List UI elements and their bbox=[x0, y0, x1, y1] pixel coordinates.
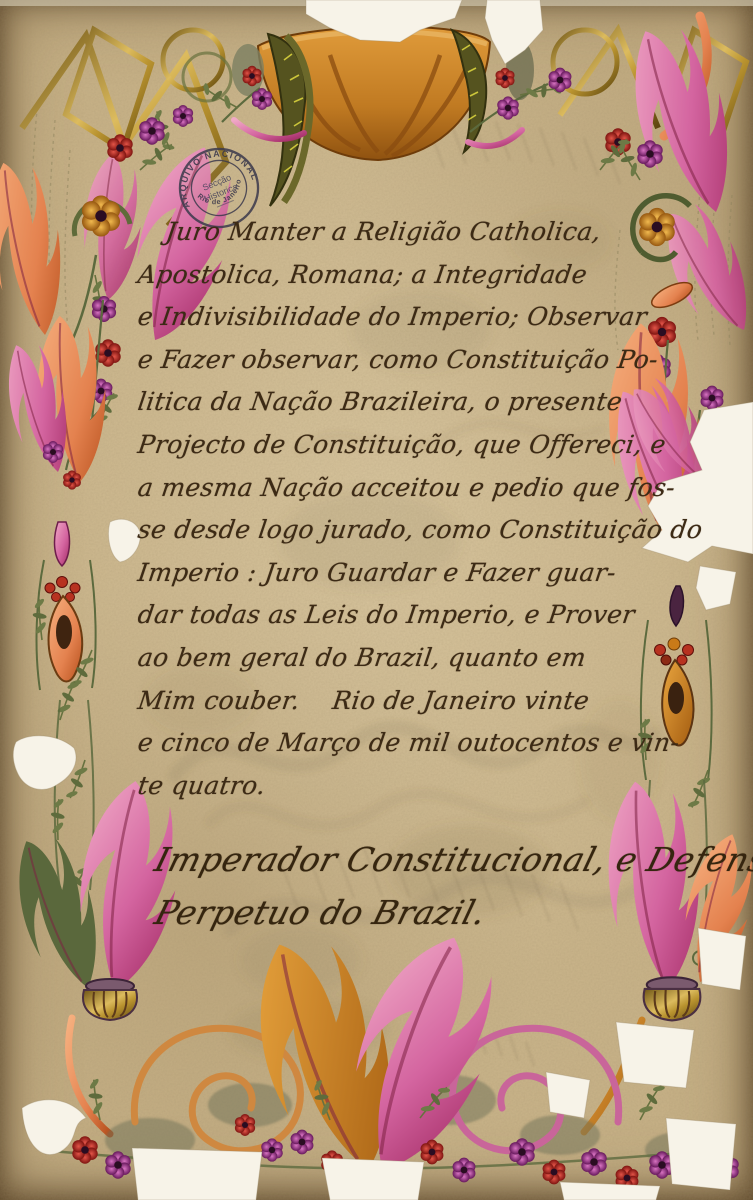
signature-block: Imperador Constitucional, e Defensor Per… bbox=[156, 833, 676, 939]
manuscript-line: Apostolica, Romana; a Integridade bbox=[135, 254, 661, 297]
manuscript-page: ARQUIVO NACIONAL Rio de Janeiro Secção H… bbox=[0, 0, 753, 1200]
manuscript-line: e Indivisibilidade do Imperio; Observar bbox=[135, 296, 661, 339]
manuscript-line: Imperio : Juro Guardar e Fazer guar- bbox=[135, 552, 661, 595]
manuscript-line: e Fazer observar, como Constituição Po- bbox=[135, 339, 661, 382]
manuscript-line: a mesma Nação acceitou e pedio que fos- bbox=[135, 467, 661, 510]
manuscript-line: dar todas as Leis do Imperio, e Prover bbox=[135, 594, 661, 637]
manuscript-line: litica da Nação Brazileira, o presente bbox=[135, 381, 661, 424]
manuscript-line: Projecto de Constituição, que Offereci, … bbox=[135, 424, 661, 467]
manuscript-line: Mim couber. Rio de Janeiro vinte bbox=[135, 680, 661, 723]
oath-text-block: Juro Manter a Religião Catholica, Aposto… bbox=[138, 211, 658, 807]
signature-line: Imperador Constitucional, e Defensor bbox=[149, 833, 683, 886]
manuscript-line: Juro Manter a Religião Catholica, bbox=[135, 211, 661, 254]
manuscript-line: e cinco de Março de mil outocentos e vin… bbox=[135, 722, 661, 765]
manuscript-line: ao bem geral do Brazil, quanto em bbox=[135, 637, 661, 680]
manuscript-line: te quatro. bbox=[135, 765, 661, 808]
signature-line: Perpetuo do Brazil. bbox=[149, 886, 683, 939]
manuscript-line: se desde logo jurado, como Constituição … bbox=[135, 509, 661, 552]
